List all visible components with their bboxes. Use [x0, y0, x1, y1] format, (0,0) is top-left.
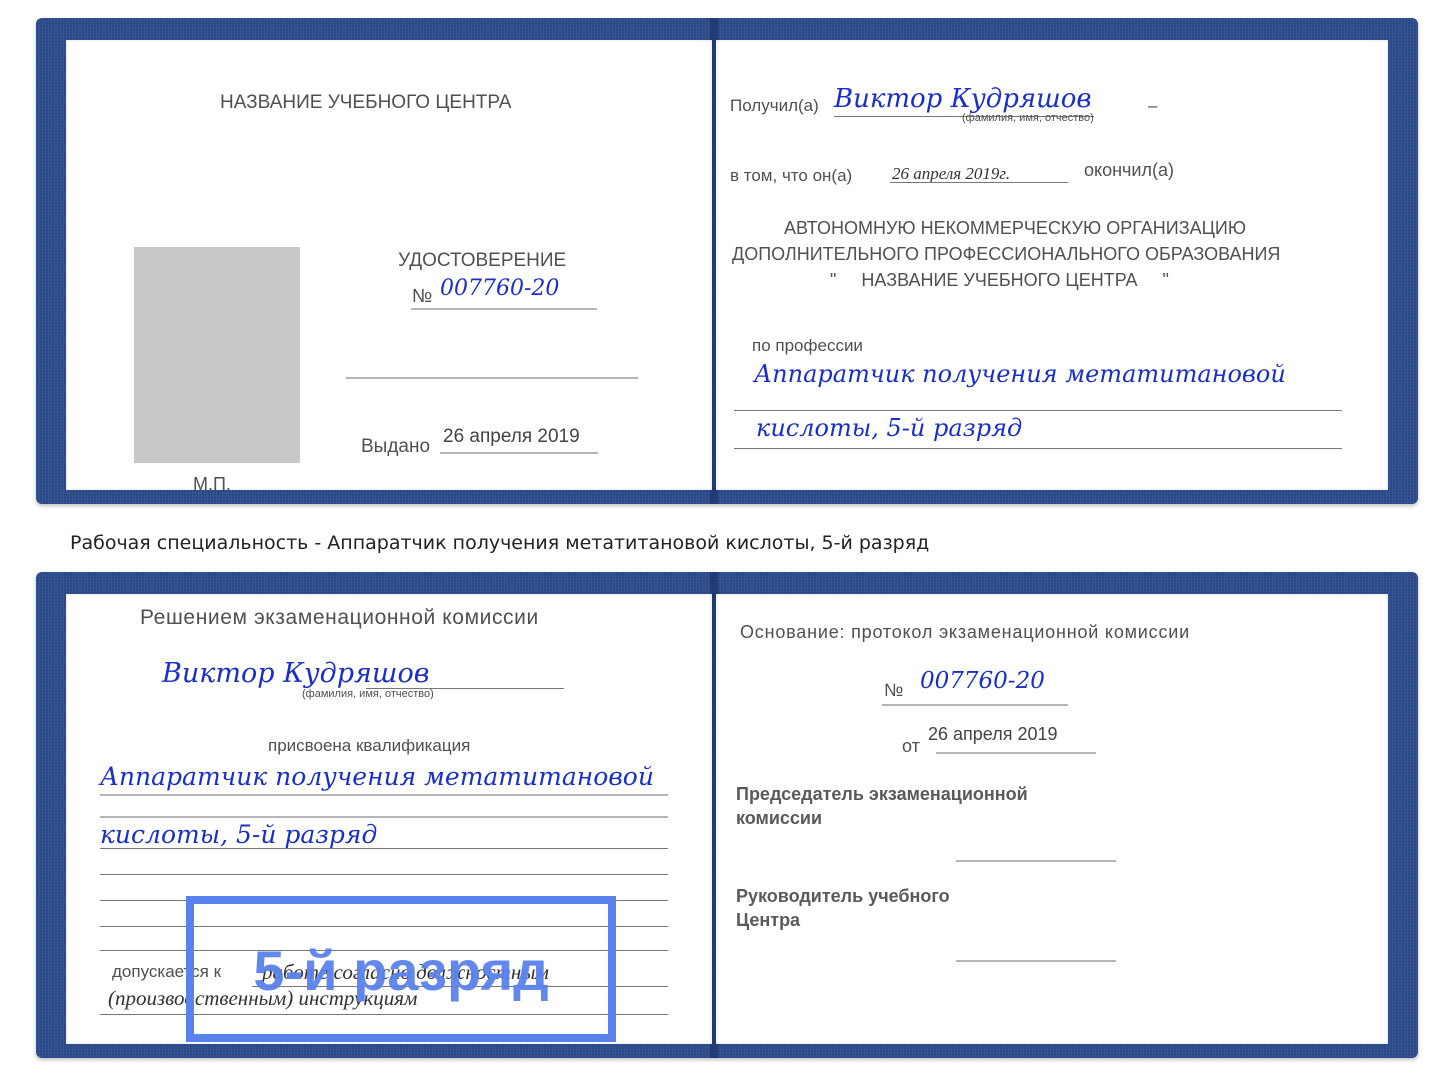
specialty-caption: Рабочая специальность - Аппаратчик получ… [70, 532, 929, 554]
qualification-underline-2 [100, 816, 668, 818]
protocol-date-label: от [902, 736, 920, 757]
recipient-name: Виктор Кудряшов [834, 84, 1092, 114]
number-underline [411, 308, 597, 310]
in-that-label: в том, что он(а) [730, 166, 852, 186]
certificate-cover-bottom: Решением экзаменационной комиссии Виктор… [36, 572, 1418, 1058]
qualification-underline-1 [100, 794, 668, 796]
profession-underline-2 [734, 448, 1342, 449]
signature-line [346, 377, 638, 379]
stamp-place-label: М.П. [193, 474, 231, 495]
head-line-2: Центра [736, 910, 800, 931]
certificate-number: 007760-20 [440, 276, 559, 301]
profession-line-1: Аппаратчик получения метатитановой [754, 360, 1286, 388]
certificate-cover-top: НАЗВАНИЕ УЧЕБНОГО ЦЕНТРА УДОСТОВЕРЕНИЕ №… [36, 18, 1418, 504]
profession-line-2: кислоты, 5-й разряд [756, 414, 1022, 442]
completion-underline [890, 182, 1068, 183]
completed-label: окончил(а) [1084, 160, 1174, 181]
profession-label: по профессии [752, 336, 863, 356]
grade-stamp: 5-й разряд [186, 896, 616, 1042]
protocol-number-label: № [884, 680, 903, 701]
issued-label: Выдано [361, 436, 430, 458]
holder-name: Виктор Кудряшов [162, 658, 429, 689]
top-left-page: НАЗВАНИЕ УЧЕБНОГО ЦЕНТРА УДОСТОВЕРЕНИЕ №… [66, 40, 712, 490]
center-name: НАЗВАНИЕ УЧЕБНОГО ЦЕНТРА [220, 92, 512, 114]
qualification-line-2: кислоты, 5-й разряд [100, 820, 377, 849]
head-line-1: Руководитель учебного [736, 886, 950, 907]
issued-underline [440, 452, 598, 454]
chairman-line-2: комиссии [736, 808, 822, 829]
completion-date: 26 апреля 2019г. [892, 164, 1010, 184]
protocol-date: 26 апреля 2019 [928, 724, 1058, 745]
recipient-hint: (фамилия, имя, отчество) [962, 112, 1094, 124]
basis-heading: Основание: протокол экзаменационной коми… [740, 622, 1190, 643]
org-line-3: " НАЗВАНИЕ УЧЕБНОГО ЦЕНТРА " [830, 270, 1169, 291]
issued-date: 26 апреля 2019 [443, 426, 580, 448]
top-right-page: Получил(а) Виктор Кудряшов (фамилия, имя… [716, 40, 1388, 490]
decision-heading: Решением экзаменационной комиссии [140, 606, 539, 630]
org-line-2: ДОПОЛНИТЕЛЬНОГО ПРОФЕССИОНАЛЬНОГО ОБРАЗО… [732, 244, 1280, 265]
dash: – [1148, 96, 1157, 116]
ruled-line [100, 848, 668, 849]
chairman-line-1: Председатель экзаменационной [736, 784, 1028, 805]
number-label: № [412, 286, 432, 308]
bottom-right-page: Основание: протокол экзаменационной коми… [716, 594, 1388, 1044]
protocol-number-underline [882, 704, 1068, 706]
bottom-left-page: Решением экзаменационной комиссии Виктор… [66, 594, 712, 1044]
profession-underline-1 [734, 410, 1342, 411]
protocol-number: 007760-20 [920, 668, 1045, 694]
head-signature-line [956, 960, 1116, 962]
photo-placeholder [134, 247, 300, 463]
chairman-signature-line [956, 860, 1116, 862]
qualification-label: присвоена квалификация [268, 736, 470, 756]
received-label: Получил(а) [730, 96, 819, 116]
ruled-line [100, 874, 668, 875]
holder-hint: (фамилия, имя, отчество) [302, 688, 434, 700]
qualification-line-1: Аппаратчик получения метатитановой [100, 762, 654, 791]
doc-title: УДОСТОВЕРЕНИЕ [398, 250, 566, 272]
org-line-1: АВТОНОМНУЮ НЕКОММЕРЧЕСКУЮ ОРГАНИЗАЦИЮ [784, 218, 1246, 239]
protocol-date-underline [936, 752, 1096, 754]
grade-stamp-text: 5-й разряд [194, 938, 608, 1003]
